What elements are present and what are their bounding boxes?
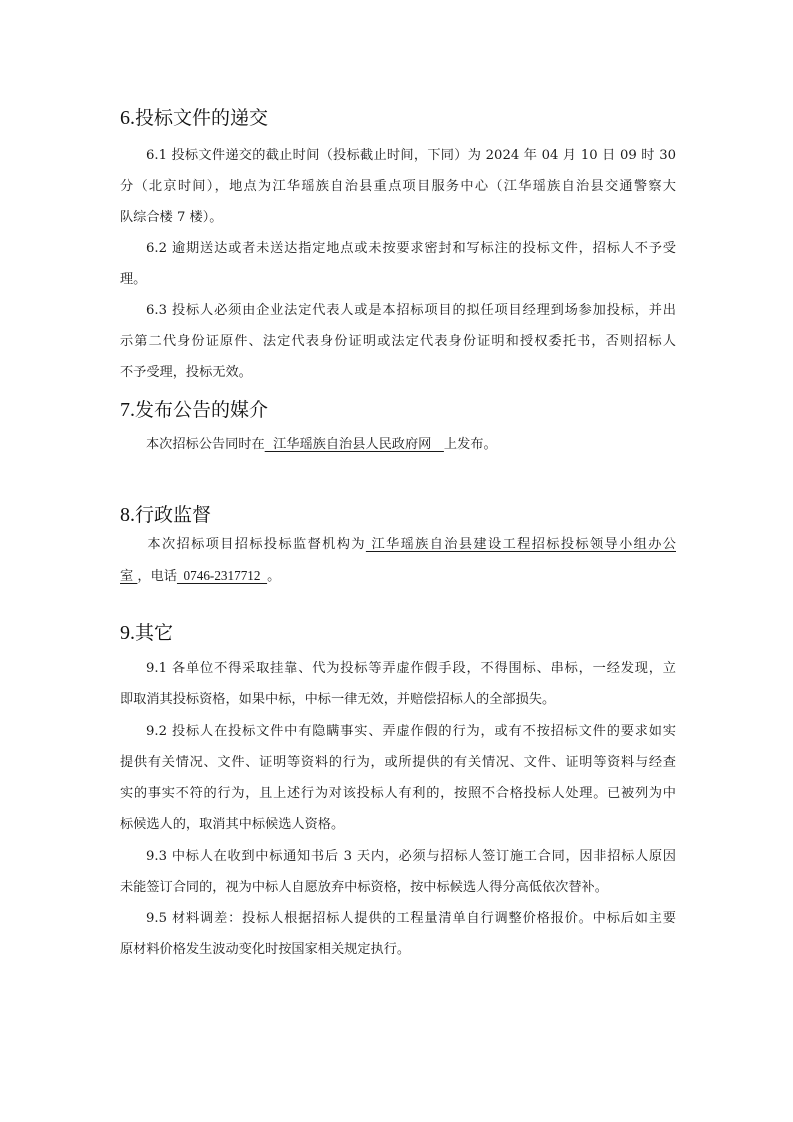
paragraph-9-2-line-4: 标候选人的，取消其中标候选人资格。 xyxy=(120,817,344,832)
paragraph-6-2-line-1: 6.2 逾期送达或者未送达指定地点或未按要求密封和写标注的投标文件，招标人不予受 xyxy=(146,241,676,256)
section-6-title: 投标文件的递交 xyxy=(135,107,268,129)
section-6-number: 6. xyxy=(120,107,135,129)
paragraph-9-5-line-2: 原材料价格发生波动变化时按国家相关规定执行。 xyxy=(120,942,410,957)
media-suffix: 上发布。 xyxy=(444,437,497,452)
paragraph-9-1: 9.1 各单位不得采取挂靠、代为投标等弄虚作假手段，不得围标、串标，一经发现，立… xyxy=(120,653,676,715)
phone-label: ，电话 xyxy=(137,569,177,584)
paragraph-7: 本次招标公告同时在 江华瑶族自治县人民政府网 上发布。 xyxy=(120,429,676,460)
section-7-title: 发布公告的媒介 xyxy=(135,399,268,421)
paragraph-9-3-line-2: 未能签订合同的，视为中标人自愿放弃中标资格，按中标候选人得分高低依次替补。 xyxy=(120,880,608,895)
paragraph-8: 本次招标项目招标投标监督机构为 江华瑶族自治县建设工程招标投标领导小组办公 室 … xyxy=(120,529,676,592)
paragraph-6-3-line-2: 示第二代身份证原件、法定代表身份证明或法定代表身份证明和授权委托书，否则招标人 xyxy=(120,334,676,349)
paragraph-9-2-line-1: 9.2 投标人在投标文件中有隐瞒事实、弄虚作假的行为，或有不按招标文件的要求如实 xyxy=(146,724,676,739)
paragraph-9-1-line-1: 9.1 各单位不得采取挂靠、代为投标等弄虚作假手段，不得围标、串标，一经发现，立 xyxy=(146,661,676,676)
paragraph-9-2-line-3: 实的事实不符的行为，且上述行为对该投标人有利的，按照不合格投标人处理。已被列为中 xyxy=(120,786,676,801)
document-page: 6.投标文件的递交 6.1 投标文件递交的截止时间（投标截止时间，下同）为 20… xyxy=(0,0,793,1122)
section-8-title: 行政监督 xyxy=(135,504,211,526)
section-9-heading: 9.其它 xyxy=(120,621,173,645)
section-7-heading: 7.发布公告的媒介 xyxy=(120,398,268,422)
section-6-heading: 6.投标文件的递交 xyxy=(120,106,268,130)
paragraph-6-3-line-3: 不予受理，投标无效。 xyxy=(120,365,252,380)
paragraph-6-1-line-2: 分（北京时间），地点为江华瑶族自治县重点项目服务中心（江华瑶族自治县交通警察大 xyxy=(120,179,676,194)
paragraph-6-2: 6.2 逾期送达或者未送达指定地点或未按要求密封和写标注的投标文件，招标人不予受… xyxy=(120,233,676,295)
paragraph-9-3: 9.3 中标人在收到中标通知书后 3 天内，必须与招标人签订施工合同，因非招标人… xyxy=(120,841,676,903)
phone-suffix: 。 xyxy=(267,569,280,584)
section-9-title: 其它 xyxy=(135,622,173,644)
paragraph-6-3: 6.3 投标人必须由企业法定代表人或是本招标项目的拟任项目经理到场参加投标，并出… xyxy=(120,295,676,388)
supervision-agency-line-1: 江华瑶族自治县建设工程招标投标领导小组办公 xyxy=(366,537,676,552)
media-prefix: 本次招标公告同时在 xyxy=(146,437,265,452)
supervision-agency-line-2: 室 xyxy=(120,569,137,584)
paragraph-9-3-line-1: 9.3 中标人在收到中标通知书后 3 天内，必须与招标人签订施工合同，因非招标人… xyxy=(146,849,676,864)
section-7-number: 7. xyxy=(120,399,135,421)
section-9-number: 9. xyxy=(120,622,135,644)
paragraph-9-1-line-2: 即取消其投标资格，如果中标，中标一律无效，并赔偿招标人的全部损失。 xyxy=(120,692,555,707)
paragraph-6-2-line-2: 理。 xyxy=(120,272,146,287)
paragraph-9-2: 9.2 投标人在投标文件中有隐瞒事实、弄虚作假的行为，或有不按招标文件的要求如实… xyxy=(120,716,676,840)
section-8-number: 8. xyxy=(120,504,135,526)
paragraph-6-1: 6.1 投标文件递交的截止时间（投标截止时间，下同）为 2024 年 04 月 … xyxy=(120,140,676,233)
phone-number: 0746-2317712 xyxy=(177,568,267,583)
paragraph-6-1-line-3: 队综合楼 7 楼）。 xyxy=(120,210,223,225)
paragraph-9-2-line-2: 提供有关情况、文件、证明等资料的行为，或所提供的有关情况、文件、证明等资料与经查 xyxy=(120,755,676,770)
supervision-prefix: 本次招标项目招标投标监督机构为 xyxy=(146,537,366,552)
paragraph-6-3-line-1: 6.3 投标人必须由企业法定代表人或是本招标项目的拟任项目经理到场参加投标，并出 xyxy=(146,303,676,318)
paragraph-6-1-line-1: 6.1 投标文件递交的截止时间（投标截止时间，下同）为 2024 年 04 月 … xyxy=(146,148,676,163)
paragraph-9-5-line-1: 9.5 材料调差：投标人根据招标人提供的工程量清单自行调整价格报价。中标后如主要 xyxy=(146,911,676,926)
paragraph-9-5: 9.5 材料调差：投标人根据招标人提供的工程量清单自行调整价格报价。中标后如主要… xyxy=(120,903,676,965)
section-8-heading: 8.行政监督 xyxy=(120,503,211,527)
media-name: 江华瑶族自治县人民政府网 xyxy=(265,437,444,452)
